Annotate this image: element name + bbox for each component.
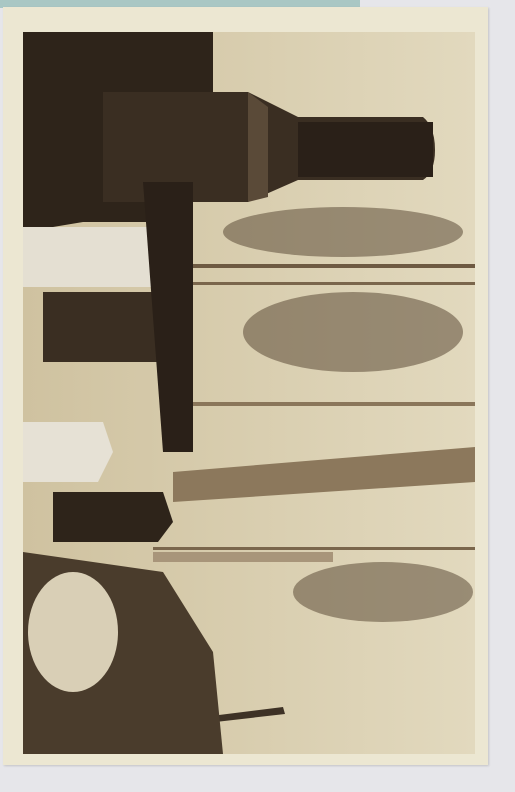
sepia-photograph <box>23 32 475 754</box>
photo-scene <box>23 32 475 754</box>
postcard <box>3 7 488 765</box>
